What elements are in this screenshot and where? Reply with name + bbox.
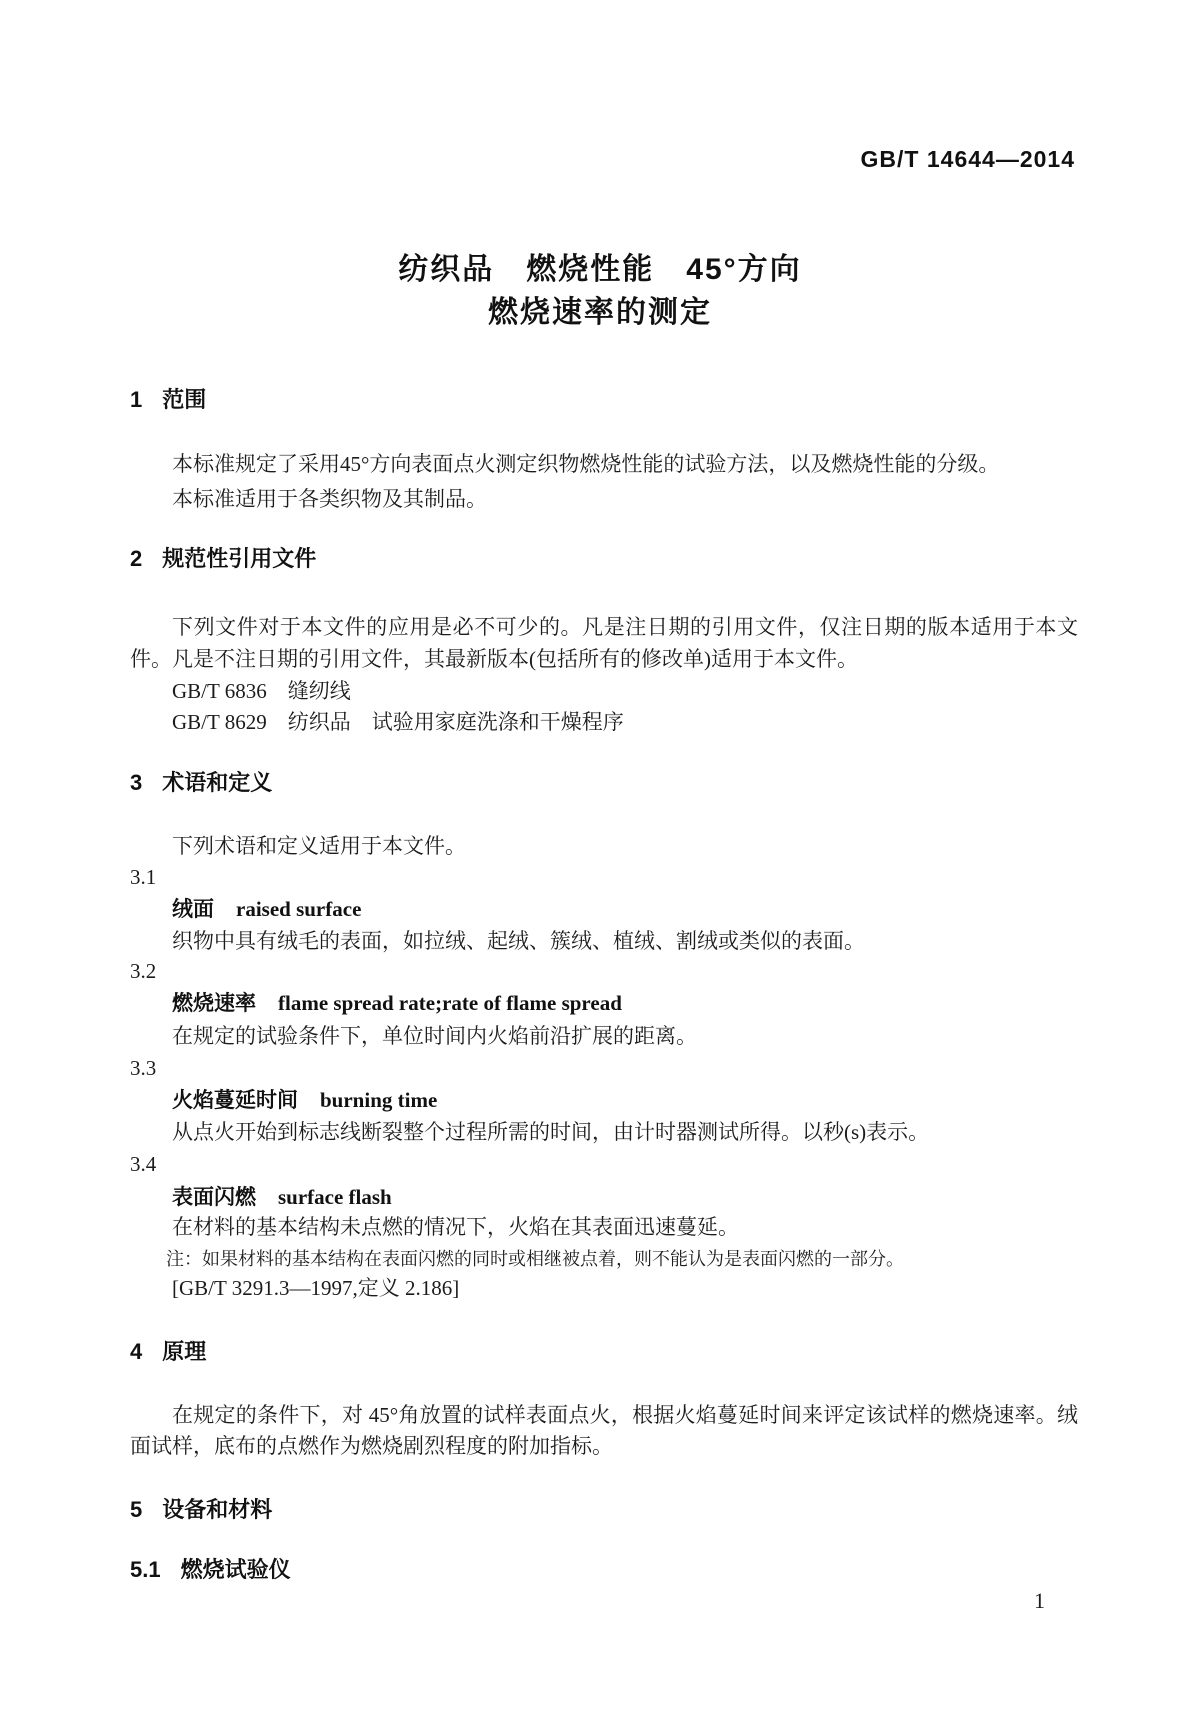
terms-intro: 下列术语和定义适用于本文件。 (172, 833, 466, 859)
term-3-2-definition: 在规定的试验条件下，单位时间内火焰前沿扩展的距离。 (172, 1023, 697, 1049)
term-3-1-definition: 织物中具有绒毛的表面，如拉绒、起绒、簇绒、植绒、割绒或类似的表面。 (172, 928, 865, 954)
section-3-heading: 3术语和定义 (130, 770, 272, 796)
term-3-1-en: raised surface (236, 897, 361, 921)
page-number: 1 (1034, 1588, 1045, 1614)
term-3-3-definition: 从点火开始到标志线断裂整个过程所需的时间，由计时器测试所得。以秒(s)表示。 (172, 1119, 929, 1145)
principle-paragraph: 在规定的条件下，对 45°角放置的试样表面点火，根据火焰蔓延时间来评定该试样的燃… (130, 1400, 1078, 1462)
term-3-2-en: flame spread rate;rate of flame spread (278, 991, 622, 1015)
section-1-title: 范围 (162, 387, 206, 412)
section-5-title: 设备和材料 (162, 1497, 272, 1522)
term-3-4-en: surface flash (278, 1185, 392, 1209)
section-4-heading: 4原理 (130, 1339, 206, 1365)
section-1-heading: 1范围 (130, 387, 206, 413)
term-3-1-zh: 绒面 (172, 898, 214, 921)
term-3-3-zh: 火焰蔓延时间 (172, 1089, 298, 1112)
reference-item-2: GB/T 8629 纺织品 试验用家庭洗涤和干燥程序 (172, 709, 624, 735)
term-3-1-number: 3.1 (130, 864, 156, 890)
term-3-2-heading: 燃烧速率flame spread rate;rate of flame spre… (172, 990, 622, 1019)
term-3-4-heading: 表面闪燃surface flash (172, 1184, 392, 1213)
term-3-4-note: 注：如果材料的基本结构在表面闪燃的同时或相继被点着，则不能认为是表面闪燃的一部分… (166, 1247, 904, 1271)
section-5-heading: 5设备和材料 (130, 1497, 272, 1523)
section-5-1-heading: 5.1燃烧试验仪 (130, 1557, 291, 1583)
section-2-title: 规范性引用文件 (162, 546, 316, 571)
section-5-1-number: 5.1 (130, 1557, 161, 1583)
document-title-line1: 纺织品 燃烧性能 45°方向 (0, 248, 1200, 291)
section-1-number: 1 (130, 387, 142, 413)
reference-item-1: GB/T 6836 缝纫线 (172, 678, 351, 704)
term-3-2-zh: 燃烧速率 (172, 992, 256, 1015)
section-2-number: 2 (130, 546, 142, 572)
term-3-4-source: [GB/T 3291.3—1997,定义 2.186] (172, 1275, 459, 1301)
term-3-3-en: burning time (320, 1088, 437, 1112)
document-page: GB/T 14644—2014 纺织品 燃烧性能 45°方向 燃烧速率的测定 1… (0, 0, 1200, 1729)
section-4-number: 4 (130, 1339, 142, 1365)
term-3-2-number: 3.2 (130, 958, 156, 984)
section-5-1-title: 燃烧试验仪 (181, 1557, 291, 1582)
term-3-3-heading: 火焰蔓延时间burning time (172, 1087, 437, 1116)
document-title: 纺织品 燃烧性能 45°方向 燃烧速率的测定 (0, 248, 1200, 334)
scope-paragraph-2: 本标准适用于各类织物及其制品。 (130, 486, 487, 512)
section-5-number: 5 (130, 1497, 142, 1523)
scope-paragraph-1: 本标准规定了采用45°方向表面点火测定织物燃烧性能的试验方法，以及燃烧性能的分级… (130, 451, 999, 477)
references-intro: 下列文件对于本文件的应用是必不可少的。凡是注日期的引用文件，仅注日期的版本适用于… (130, 611, 1078, 675)
section-4-title: 原理 (162, 1339, 206, 1364)
term-3-1-heading: 绒面raised surface (172, 896, 361, 925)
term-3-4-number: 3.4 (130, 1151, 156, 1177)
section-3-number: 3 (130, 770, 142, 796)
term-3-4-definition: 在材料的基本结构未点燃的情况下，火焰在其表面迅速蔓延。 (172, 1214, 739, 1240)
document-title-line2: 燃烧速率的测定 (0, 291, 1200, 334)
standard-code: GB/T 14644—2014 (130, 146, 1075, 173)
section-2-heading: 2规范性引用文件 (130, 546, 316, 572)
section-3-title: 术语和定义 (162, 770, 272, 795)
term-3-3-number: 3.3 (130, 1055, 156, 1081)
term-3-4-zh: 表面闪燃 (172, 1186, 256, 1209)
